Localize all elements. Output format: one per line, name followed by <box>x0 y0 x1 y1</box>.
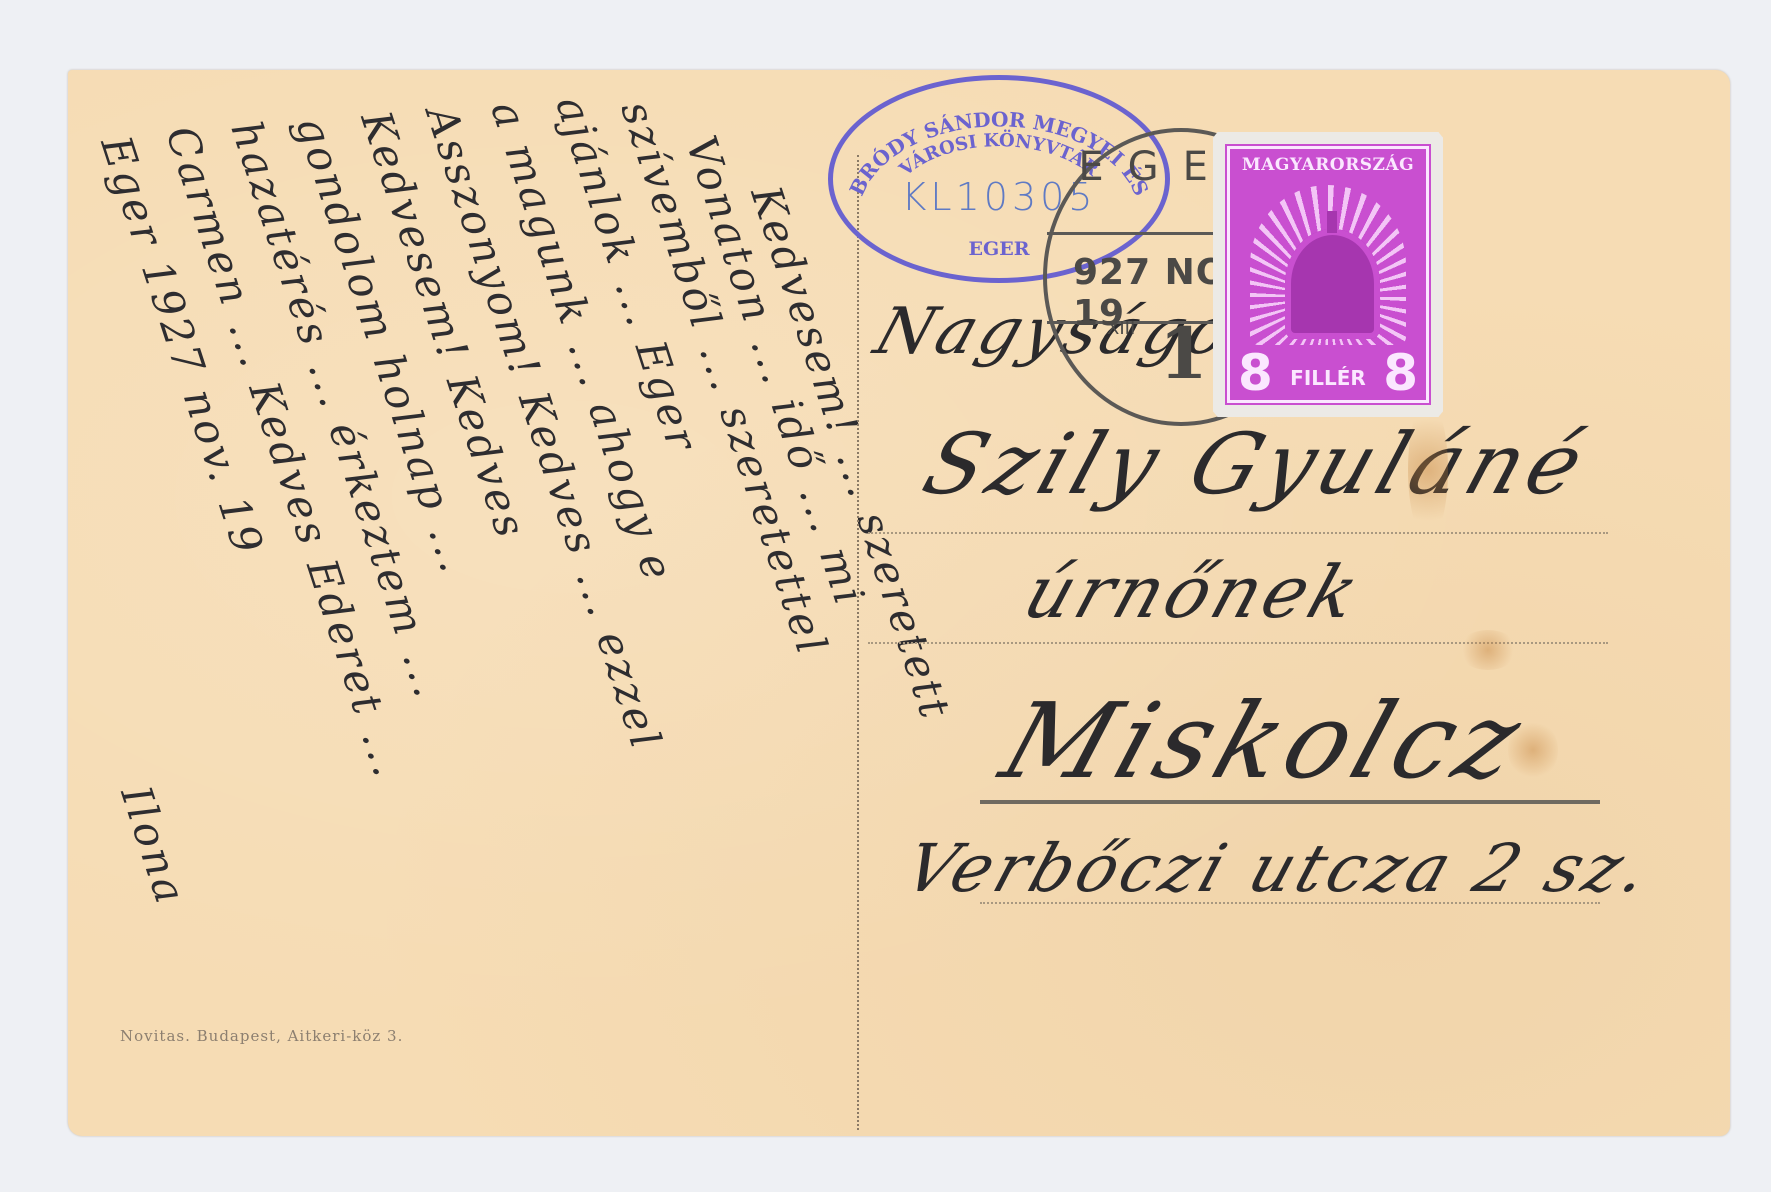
address-name: Szily Gyuláné <box>912 415 1601 513</box>
address-street: Verbőczi utcza 2 sz. <box>895 830 1662 907</box>
postmark-office-number: 1 <box>1159 312 1208 395</box>
postcard: Eger 1927 nov. 19 Carmen ... Kedves Eder… <box>68 70 1730 1136</box>
stain <box>1458 630 1518 670</box>
address-city: Miskolcz <box>988 680 1541 802</box>
message-signature: Ilona <box>111 780 195 912</box>
postage-stamp: MAGYARORSZÁG 8 FILLÉR 8 <box>1213 132 1443 417</box>
postmark-time-code: XIII <box>1107 318 1135 339</box>
holy-crown-icon <box>1285 229 1380 339</box>
address-line <box>868 532 1608 534</box>
printer-imprint: Novitas. Budapest, Aitkeri-köz 3. <box>120 1027 403 1045</box>
stain <box>1508 720 1558 780</box>
stamp-country: MAGYARORSZÁG <box>1230 155 1426 175</box>
center-divider <box>857 155 859 1130</box>
stamp-denomination: 8 <box>1383 348 1418 398</box>
handwritten-message: Eger 1927 nov. 19 Carmen ... Kedves Eder… <box>98 90 858 1120</box>
stain <box>1408 400 1448 540</box>
address-title: úrnőnek <box>1014 550 1372 634</box>
